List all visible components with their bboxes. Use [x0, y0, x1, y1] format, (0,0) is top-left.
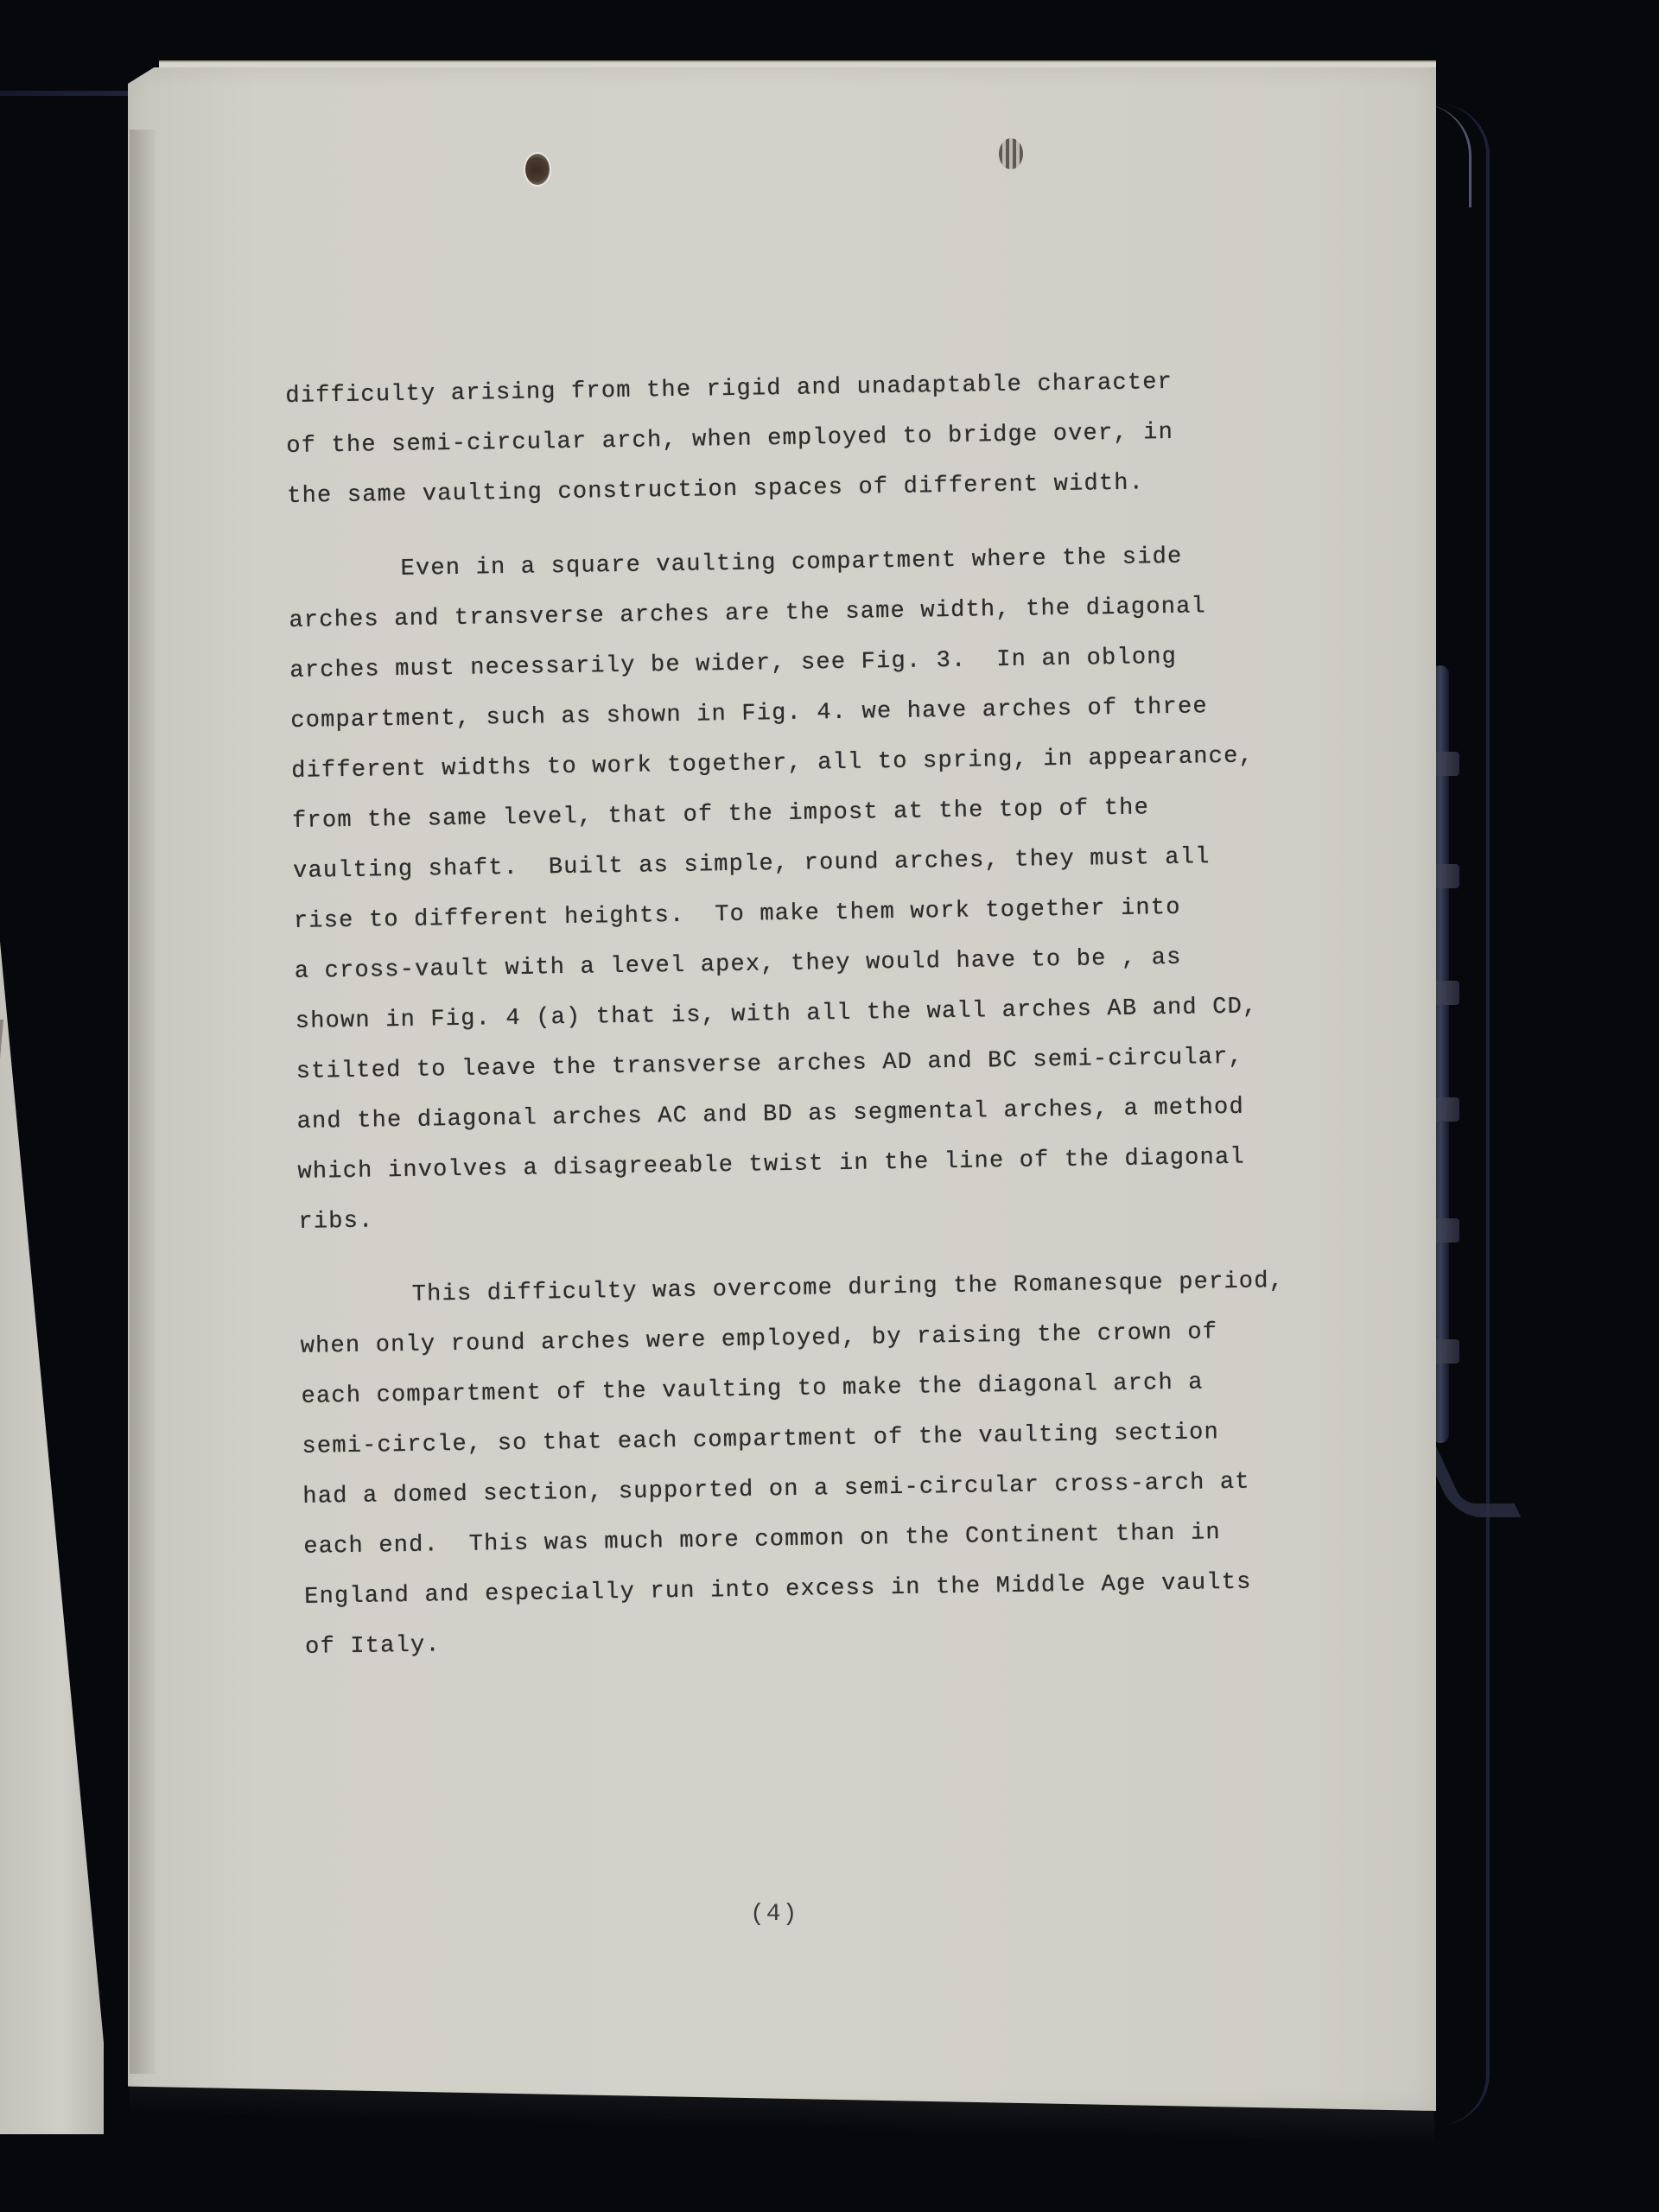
paragraph: Even in a square vaulting compartment wh… — [288, 529, 1379, 1248]
sheet-left-edge — [130, 130, 156, 2074]
paragraph: difficulty arising from the rigid and un… — [285, 354, 1368, 522]
paragraph: This difficulty was overcome during the … — [299, 1255, 1385, 1673]
typewritten-text: difficulty arising from the rigid and un… — [285, 354, 1386, 1672]
page-number: (4) — [750, 1901, 798, 1928]
adjacent-page-left — [0, 942, 104, 2134]
punch-hole-icon — [525, 154, 550, 185]
torn-punch-hole-icon — [999, 138, 1023, 169]
